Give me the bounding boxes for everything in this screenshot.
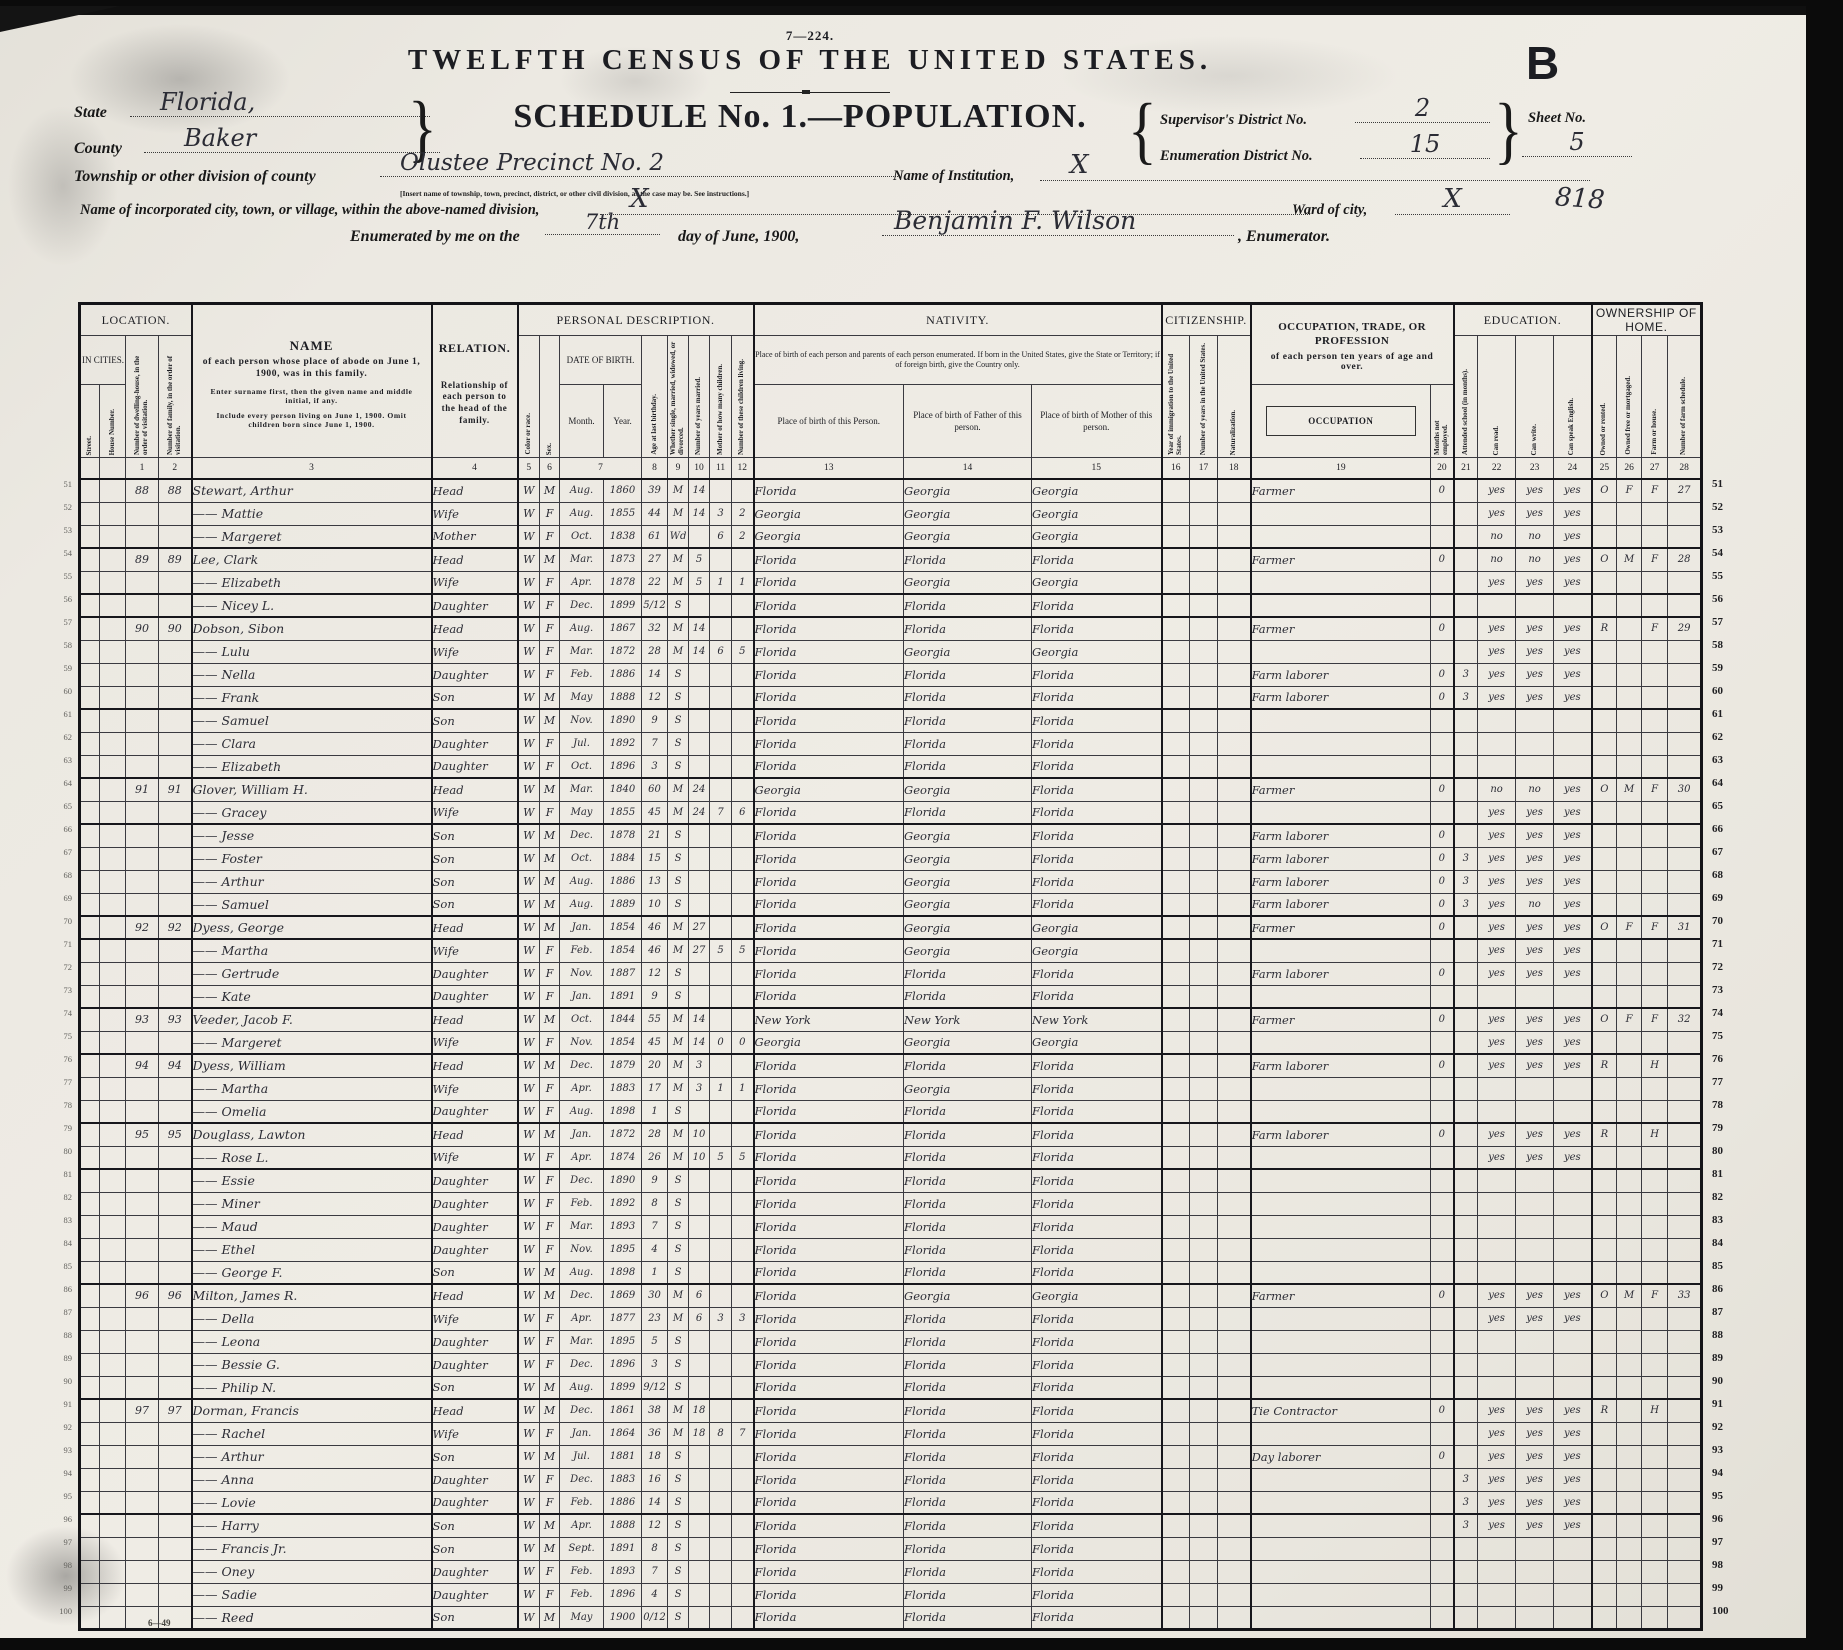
cell-street — [80, 502, 100, 525]
cell-fm — [1617, 1031, 1642, 1054]
column-number: 22 — [1478, 458, 1516, 480]
cell-occ: Farmer — [1251, 617, 1431, 640]
months-not-employed-header: Months not employed. — [1431, 385, 1454, 458]
cell-mo: May — [560, 1606, 604, 1629]
cell-mc — [710, 824, 732, 847]
cell-en — [1554, 1215, 1592, 1238]
cell-cl: 1 — [732, 1077, 754, 1100]
cell-wr: yes — [1516, 1514, 1554, 1537]
cell-yr: 1838 — [604, 525, 642, 548]
cell-ym — [689, 1445, 710, 1468]
cell-fm — [1617, 847, 1642, 870]
cell-rel: Head — [432, 1399, 518, 1422]
cell-cl — [732, 1583, 754, 1606]
cell-pf: Florida — [904, 1422, 1032, 1445]
cell-occ: Day laborer — [1251, 1445, 1431, 1468]
left-row-number: 86 — [56, 1284, 72, 1294]
cell-yr: 1864 — [604, 1422, 642, 1445]
dwelling-number-header: Number of dwelling-house, in the order o… — [126, 336, 159, 458]
cell-sch — [1454, 1261, 1478, 1284]
cell-nat — [1218, 985, 1251, 1008]
cell-fh — [1642, 525, 1668, 548]
cell-fh — [1642, 893, 1668, 916]
right-row-number: 51 — [1712, 478, 1723, 490]
cell-mne — [1431, 1192, 1454, 1215]
cell-mo: Dec. — [560, 1353, 604, 1376]
cell-name: —— Samuel — [192, 709, 432, 732]
cell-ms: M — [668, 1123, 689, 1146]
cell-sch — [1454, 640, 1478, 663]
cell-en — [1554, 1100, 1592, 1123]
cell-fh — [1642, 1514, 1668, 1537]
cell-fam — [159, 1583, 192, 1606]
age-header: Age at last birthday. — [642, 336, 668, 458]
cell-rd — [1478, 1376, 1516, 1399]
cell-rel: Daughter — [432, 1560, 518, 1583]
cell-wr — [1516, 1077, 1554, 1100]
cell-fam — [159, 686, 192, 709]
cell-own — [1592, 1169, 1617, 1192]
cell-im — [1162, 870, 1190, 893]
cell-sch — [1454, 824, 1478, 847]
cell-fm — [1617, 1146, 1642, 1169]
street-header: Street. — [80, 385, 100, 458]
cell-yr: 1860 — [604, 479, 642, 502]
cell-ym: 14 — [689, 479, 710, 502]
left-row-number: 82 — [56, 1192, 72, 1202]
column-number: 23 — [1516, 458, 1554, 480]
cell-mne: 0 — [1431, 824, 1454, 847]
cell-pf: Florida — [904, 1192, 1032, 1215]
cell-ms: S — [668, 709, 689, 732]
cell-age: 9 — [642, 1169, 668, 1192]
cell-age: 1 — [642, 1100, 668, 1123]
cell-nat — [1218, 1169, 1251, 1192]
cell-mc — [710, 893, 732, 916]
cell-mo: Feb. — [560, 1583, 604, 1606]
column-number: 11 — [710, 458, 732, 480]
table-row-94: —— AnnaDaughterWFDec.188316SFloridaFlori… — [80, 1468, 1702, 1491]
cell-pf: Georgia — [904, 824, 1032, 847]
right-row-number: 89 — [1712, 1352, 1723, 1364]
cell-en — [1554, 1353, 1592, 1376]
cell-sch — [1454, 479, 1478, 502]
cell-fm — [1617, 1100, 1642, 1123]
left-row-number: 58 — [56, 640, 72, 650]
cell-fam: 93 — [159, 1008, 192, 1031]
cell-nat — [1218, 1491, 1251, 1514]
cell-race: W — [518, 1192, 540, 1215]
cell-rd — [1478, 594, 1516, 617]
cell-age: 10 — [642, 893, 668, 916]
cell-rd: yes — [1478, 1514, 1516, 1537]
cell-im — [1162, 847, 1190, 870]
cell-sex: M — [540, 1008, 560, 1031]
cell-dw — [126, 594, 159, 617]
cell-fh — [1642, 1583, 1668, 1606]
cell-cl — [732, 1054, 754, 1077]
cell-race: W — [518, 525, 540, 548]
right-row-number: 69 — [1712, 892, 1723, 904]
cell-wr — [1516, 1169, 1554, 1192]
cell-yr: 1873 — [604, 548, 642, 571]
cell-dw — [126, 502, 159, 525]
cell-nat — [1218, 617, 1251, 640]
cell-occ: Farm laborer — [1251, 847, 1431, 870]
cell-im — [1162, 663, 1190, 686]
cell-pb: Florida — [754, 1123, 904, 1146]
cell-yu — [1190, 732, 1218, 755]
cell-house — [100, 571, 126, 594]
cell-pf: Florida — [904, 1146, 1032, 1169]
cell-fs — [1668, 1353, 1702, 1376]
cell-wr: yes — [1516, 1008, 1554, 1031]
cell-house — [100, 617, 126, 640]
cell-pm: Florida — [1032, 594, 1162, 617]
sheet-label: Sheet No. — [1528, 110, 1586, 127]
cell-mo: Dec. — [560, 1399, 604, 1422]
table-row-75: —— MargeretWifeWFNov.185445M1400GeorgiaG… — [80, 1031, 1702, 1054]
cell-sch — [1454, 801, 1478, 824]
cell-race: W — [518, 916, 540, 939]
house-number-header: House Number. — [100, 385, 126, 458]
cell-fam — [159, 824, 192, 847]
cell-mc — [710, 962, 732, 985]
cell-ms: S — [668, 1100, 689, 1123]
cell-mc — [710, 1330, 732, 1353]
cell-ym — [689, 709, 710, 732]
cell-fm: F — [1617, 916, 1642, 939]
cell-rel: Daughter — [432, 1491, 518, 1514]
cell-occ — [1251, 1422, 1431, 1445]
cell-sch: 3 — [1454, 1491, 1478, 1514]
cell-yu — [1190, 1123, 1218, 1146]
cell-sch — [1454, 502, 1478, 525]
cell-rel: Son — [432, 824, 518, 847]
cell-yu — [1190, 1445, 1218, 1468]
cell-pm: Florida — [1032, 1100, 1162, 1123]
cell-name: —— Essie — [192, 1169, 432, 1192]
cell-rd: no — [1478, 778, 1516, 801]
cell-race: W — [518, 801, 540, 824]
cell-pb: Florida — [754, 686, 904, 709]
cell-dw — [126, 870, 159, 893]
column-number: 18 — [1218, 458, 1251, 480]
cell-name: —— Della — [192, 1307, 432, 1330]
cell-mc — [710, 1376, 732, 1399]
cell-fm — [1617, 1330, 1642, 1353]
cell-ym: 6 — [689, 1307, 710, 1330]
cell-mne: 0 — [1431, 916, 1454, 939]
cell-mo: Apr. — [560, 1146, 604, 1169]
cell-ms: S — [668, 686, 689, 709]
right-row-number: 98 — [1712, 1559, 1723, 1571]
cell-sch: 3 — [1454, 847, 1478, 870]
cell-en — [1554, 1376, 1592, 1399]
cell-wr: yes — [1516, 1031, 1554, 1054]
cell-pf: Georgia — [904, 1077, 1032, 1100]
cell-sex: M — [540, 1054, 560, 1077]
cell-fs — [1668, 1077, 1702, 1100]
cell-ym — [689, 824, 710, 847]
cell-mne: 0 — [1431, 893, 1454, 916]
cell-sex: M — [540, 1606, 560, 1629]
cell-pb: Florida — [754, 1238, 904, 1261]
table-row-90: —— Philip N.SonWMAug.18999/12SFloridaFlo… — [80, 1376, 1702, 1399]
relation-group-title: RELATION. — [433, 341, 517, 356]
cell-street — [80, 1284, 100, 1307]
cell-occ: Farmer — [1251, 479, 1431, 502]
cell-im — [1162, 1422, 1190, 1445]
cell-yr: 1895 — [604, 1238, 642, 1261]
cell-sex: F — [540, 571, 560, 594]
cell-wr: yes — [1516, 824, 1554, 847]
cell-sch — [1454, 1353, 1478, 1376]
cell-rel: Son — [432, 1606, 518, 1629]
cell-sch — [1454, 1169, 1478, 1192]
cell-age: 32 — [642, 617, 668, 640]
name-group-desc: of each person whose place of abode on J… — [193, 354, 431, 381]
cell-yu — [1190, 1468, 1218, 1491]
cell-mc: 3 — [710, 502, 732, 525]
cell-name: Stewart, Arthur — [192, 479, 432, 502]
cell-yu — [1190, 502, 1218, 525]
cell-rd: yes — [1478, 502, 1516, 525]
cell-ym: 3 — [689, 1054, 710, 1077]
cell-race: W — [518, 1238, 540, 1261]
cell-mne — [1431, 1376, 1454, 1399]
cell-dw — [126, 962, 159, 985]
cell-sch — [1454, 1445, 1478, 1468]
cell-sch — [1454, 548, 1478, 571]
cell-mc: 1 — [710, 1077, 732, 1100]
table-row-82: —— MinerDaughterWFFeb.18928SFloridaFlori… — [80, 1192, 1702, 1215]
cell-wr: yes — [1516, 686, 1554, 709]
cell-fh: H — [1642, 1054, 1668, 1077]
cell-own — [1592, 594, 1617, 617]
cell-mne: 0 — [1431, 1123, 1454, 1146]
cell-fam — [159, 1468, 192, 1491]
ward-value: X — [1395, 184, 1510, 215]
cell-im — [1162, 594, 1190, 617]
cell-rel: Mother — [432, 525, 518, 548]
left-row-number: 52 — [56, 502, 72, 512]
column-number: 24 — [1554, 458, 1592, 480]
cell-ms: S — [668, 1215, 689, 1238]
left-row-number: 71 — [56, 939, 72, 949]
cell-yu — [1190, 893, 1218, 916]
cell-mo: Dec. — [560, 594, 604, 617]
cell-mo: Jan. — [560, 1123, 604, 1146]
cell-yr: 1892 — [604, 1192, 642, 1215]
cell-sex: F — [540, 1031, 560, 1054]
cell-ms: S — [668, 1606, 689, 1629]
cell-pb: Florida — [754, 640, 904, 663]
right-row-number: 65 — [1712, 800, 1723, 812]
cell-cl — [732, 916, 754, 939]
cell-fs — [1668, 709, 1702, 732]
cell-nat — [1218, 686, 1251, 709]
cell-sch — [1454, 732, 1478, 755]
cell-mo: Dec. — [560, 1169, 604, 1192]
cell-rel: Wife — [432, 502, 518, 525]
cell-street — [80, 1491, 100, 1514]
cell-im — [1162, 1215, 1190, 1238]
year-header: Year. — [604, 385, 642, 458]
cell-mc — [710, 755, 732, 778]
cell-sex: F — [540, 939, 560, 962]
cell-house — [100, 1238, 126, 1261]
cell-mc — [710, 1537, 732, 1560]
cell-pf: Georgia — [904, 847, 1032, 870]
cell-im — [1162, 1054, 1190, 1077]
cell-age: 28 — [642, 640, 668, 663]
cell-mc — [710, 1192, 732, 1215]
cell-race: W — [518, 502, 540, 525]
cell-age: 9/12 — [642, 1376, 668, 1399]
cell-yu — [1190, 1399, 1218, 1422]
cell-fm: F — [1617, 479, 1642, 502]
cell-im — [1162, 1537, 1190, 1560]
cell-mo: Jan. — [560, 1422, 604, 1445]
cell-nat — [1218, 1261, 1251, 1284]
cell-pm: Florida — [1032, 1307, 1162, 1330]
cell-race: W — [518, 755, 540, 778]
cell-pf: Florida — [904, 1514, 1032, 1537]
cell-im — [1162, 1353, 1190, 1376]
cell-im — [1162, 1560, 1190, 1583]
table-row-79: 9595Douglass, LawtonHeadWMJan.187228M10F… — [80, 1123, 1702, 1146]
cell-yr: 1893 — [604, 1560, 642, 1583]
cell-rel: Son — [432, 1261, 518, 1284]
cell-occ — [1251, 1169, 1431, 1192]
cell-yu — [1190, 1583, 1218, 1606]
cell-yr: 1884 — [604, 847, 642, 870]
cell-ym: 6 — [689, 1284, 710, 1307]
cell-mo: Nov. — [560, 1031, 604, 1054]
cell-pm: Florida — [1032, 617, 1162, 640]
cell-mne — [1431, 1077, 1454, 1100]
cell-wr: yes — [1516, 479, 1554, 502]
cell-house — [100, 732, 126, 755]
cell-mc — [710, 1445, 732, 1468]
cell-pb: Florida — [754, 1376, 904, 1399]
cell-im — [1162, 1468, 1190, 1491]
cell-fm: M — [1617, 548, 1642, 571]
cell-race: W — [518, 1330, 540, 1353]
cell-occ — [1251, 1146, 1431, 1169]
cell-yu — [1190, 824, 1218, 847]
cell-nat — [1218, 479, 1251, 502]
cell-rd: no — [1478, 548, 1516, 571]
enumerated-prefix: Enumerated by me on the — [350, 228, 520, 246]
right-row-number: 97 — [1712, 1536, 1723, 1548]
cell-nat — [1218, 1215, 1251, 1238]
cell-own — [1592, 824, 1617, 847]
right-row-number: 76 — [1712, 1053, 1723, 1065]
cell-ms: S — [668, 1445, 689, 1468]
right-row-number: 95 — [1712, 1490, 1723, 1502]
cell-im — [1162, 571, 1190, 594]
cell-cl — [732, 686, 754, 709]
cell-pb: Florida — [754, 801, 904, 824]
mother-of-children-header: Mother of how many children. — [710, 336, 732, 458]
cell-en: yes — [1554, 1008, 1592, 1031]
cell-yr: 1900 — [604, 1606, 642, 1629]
cell-mo: Jan. — [560, 916, 604, 939]
cell-wr: yes — [1516, 1422, 1554, 1445]
cell-house — [100, 594, 126, 617]
cell-fam — [159, 1031, 192, 1054]
cell-own — [1592, 1537, 1617, 1560]
cell-age: 5/12 — [642, 594, 668, 617]
table-row-99: —— SadieDaughterWFFeb.18964SFloridaFlori… — [80, 1583, 1702, 1606]
attended-school-header: Attended school (in months). — [1454, 336, 1478, 458]
cell-wr — [1516, 1192, 1554, 1215]
cell-fs — [1668, 594, 1702, 617]
cell-ms: M — [668, 1146, 689, 1169]
cell-pm: Georgia — [1032, 1284, 1162, 1307]
cell-cl — [732, 1261, 754, 1284]
right-row-number: 78 — [1712, 1099, 1723, 1111]
cell-fam: 91 — [159, 778, 192, 801]
nativity-group-header: NATIVITY. — [754, 304, 1162, 336]
cell-house — [100, 1054, 126, 1077]
cell-own — [1592, 870, 1617, 893]
column-number: 5 — [518, 458, 540, 480]
cell-age: 26 — [642, 1146, 668, 1169]
cell-wr — [1516, 709, 1554, 732]
cell-rel: Head — [432, 916, 518, 939]
cell-fam — [159, 1514, 192, 1537]
cell-fm — [1617, 663, 1642, 686]
cell-fm — [1617, 1169, 1642, 1192]
cell-fam: 88 — [159, 479, 192, 502]
cell-race: W — [518, 939, 540, 962]
cell-sex: F — [540, 1560, 560, 1583]
table-row-68: —— ArthurSonWMAug.188613SFloridaGeorgiaF… — [80, 870, 1702, 893]
left-row-number: 75 — [56, 1031, 72, 1041]
cell-nat — [1218, 1468, 1251, 1491]
cell-pm: Florida — [1032, 1445, 1162, 1468]
cell-sex: F — [540, 1077, 560, 1100]
number-blank-street — [80, 458, 100, 480]
cell-ms: S — [668, 893, 689, 916]
cell-age: 60 — [642, 778, 668, 801]
cell-mo: Sept. — [560, 1537, 604, 1560]
cell-pm: Georgia — [1032, 525, 1162, 548]
cell-mo: Oct. — [560, 1008, 604, 1031]
cell-en: yes — [1554, 893, 1592, 916]
left-row-number: 81 — [56, 1169, 72, 1179]
cell-rd — [1478, 1261, 1516, 1284]
left-row-number: 91 — [56, 1399, 72, 1409]
cell-fs — [1668, 1192, 1702, 1215]
cell-sex: F — [540, 962, 560, 985]
left-row-number: 77 — [56, 1077, 72, 1087]
cell-yu — [1190, 1514, 1218, 1537]
cell-nat — [1218, 1583, 1251, 1606]
cell-wr: yes — [1516, 1399, 1554, 1422]
cell-occ — [1251, 1468, 1431, 1491]
cell-pf: Florida — [904, 686, 1032, 709]
cell-fh — [1642, 847, 1668, 870]
cell-own — [1592, 939, 1617, 962]
number-blank-house — [100, 458, 126, 480]
cell-pb: Florida — [754, 1077, 904, 1100]
cell-pb: Florida — [754, 1146, 904, 1169]
cell-rd: yes — [1478, 1307, 1516, 1330]
